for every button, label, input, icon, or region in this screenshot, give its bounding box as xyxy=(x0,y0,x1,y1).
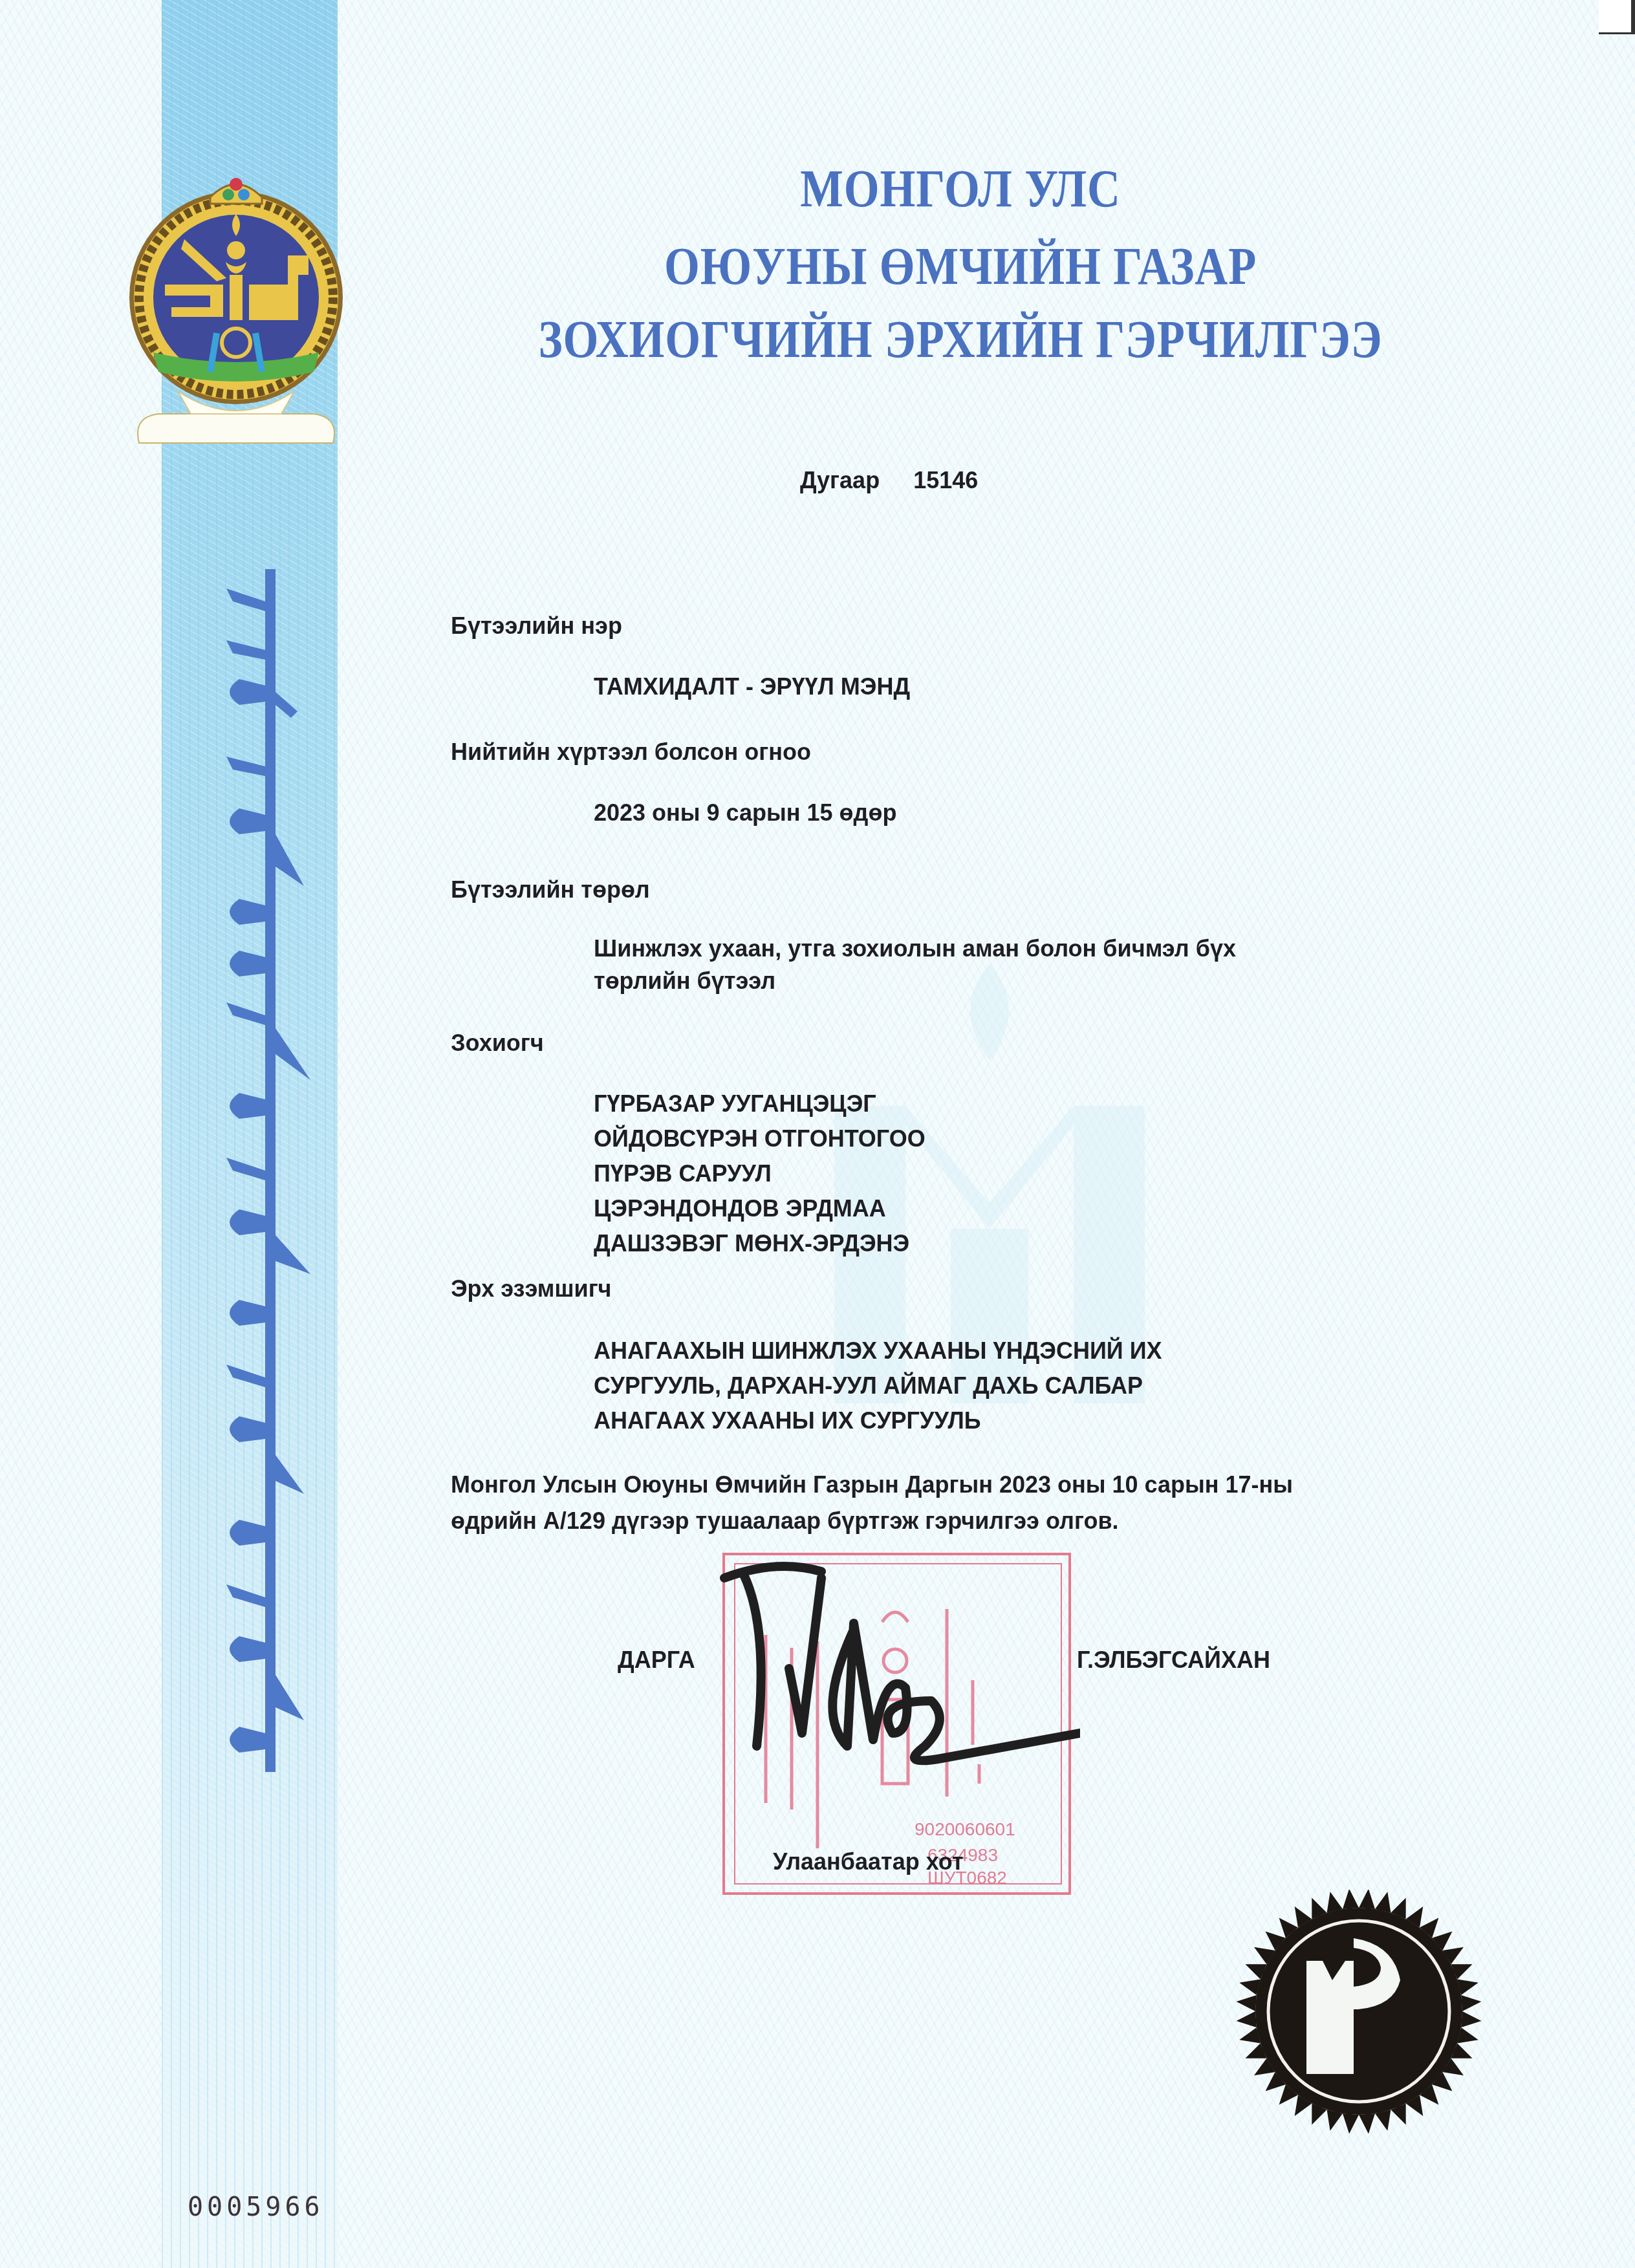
number-value: 15146 xyxy=(913,467,978,493)
author-item: ЦЭРЭНДОНДОВ ЭРДМАА xyxy=(594,1191,926,1226)
scan-edge xyxy=(1599,0,1635,34)
certificate-number: Дугаар15146 xyxy=(800,467,978,494)
signatory-name: Г.ЭЛБЭГСАЙХАН xyxy=(1077,1647,1270,1674)
order-line: Монгол Улсын Оюуны Өмчийн Газрын Даргын … xyxy=(451,1467,1511,1503)
owner-line: АНАГААХ УХААНЫ ИХ СУРГУУЛЬ xyxy=(594,1403,1162,1438)
author-item: ГҮРБАЗАР УУГАНЦЭЦЭГ xyxy=(594,1086,926,1121)
publication-date-value: 2023 оны 9 сарын 15 өдөр xyxy=(594,797,896,829)
work-type-line: Шинжлэх ухаан, утга зохиолын аман болон … xyxy=(594,933,1236,965)
owner-line: СУРГУУЛЬ, ДАРХАН-УУЛ АЙМАГ ДАХЬ САЛБАР xyxy=(594,1368,1162,1403)
number-label: Дугаар xyxy=(800,467,880,493)
title-country: МОНГОЛ УЛС xyxy=(468,158,1453,219)
state-emblem-icon xyxy=(120,158,352,456)
order-line: өдрийн А/129 дүгээр тушаалаар бүртгэж гэ… xyxy=(451,1503,1511,1539)
authors-label: Зохиогч xyxy=(451,1030,544,1057)
publication-date-label: Нийтийн хүртээл болсон огноо xyxy=(451,739,811,766)
stamp-code: 9020060601 xyxy=(915,1819,1015,1839)
signatory-title: ДАРГА xyxy=(618,1647,695,1674)
work-type-line: төрлийн бүтээл xyxy=(594,965,1236,997)
title-certificate: ЗОХИОГЧИЙН ЭРХИЙН ГЭРЧИЛГЭЭ xyxy=(468,309,1453,370)
registration-order: Монгол Улсын Оюуны Өмчийн Газрын Даргын … xyxy=(451,1467,1511,1539)
owner-label: Эрх эзэмшигч xyxy=(451,1275,612,1302)
work-name-label: Бүтээлийн нэр xyxy=(451,612,622,640)
authors-list: ГҮРБАЗАР УУГАНЦЭЦЭГ ОЙДОВСҮРЭН ОТГОНТОГО… xyxy=(594,1086,926,1261)
signature-icon xyxy=(718,1552,1080,1785)
owner-line: АНАГААХЫН ШИНЖЛЭХ УХААНЫ ҮНДЭСНИЙ ИХ xyxy=(594,1334,1162,1368)
form-serial-number: 0005966 xyxy=(188,2192,324,2222)
mongolian-script-decoration xyxy=(213,563,310,1778)
owner-value: АНАГААХЫН ШИНЖЛЭХ УХААНЫ ҮНДЭСНИЙ ИХ СУР… xyxy=(594,1334,1162,1438)
title-agency: ОЮУНЫ ӨМЧИЙН ГАЗАР xyxy=(468,236,1453,297)
issue-city: Улаанбаатар хот xyxy=(773,1848,964,1875)
ip-foil-seal-icon xyxy=(1232,1890,1491,2148)
author-item: ПҮРЭВ САРУУЛ xyxy=(594,1156,926,1191)
work-name-value: ТАМХИДАЛТ - ЭРҮҮЛ МЭНД xyxy=(594,671,910,703)
work-type-label: Бүтээлийн төрөл xyxy=(451,876,650,903)
author-item: ДАШЗЭВЭГ МӨНХ-ЭРДЭНЭ xyxy=(594,1226,926,1261)
work-type-value: Шинжлэх ухаан, утга зохиолын аман болон … xyxy=(594,933,1236,997)
author-item: ОЙДОВСҮРЭН ОТГОНТОГОО xyxy=(594,1121,926,1156)
